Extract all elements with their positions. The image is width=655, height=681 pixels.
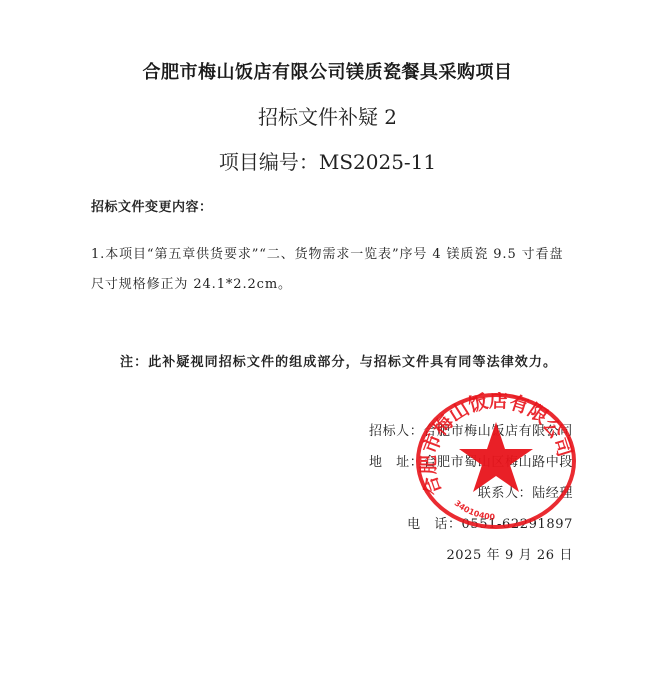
project-number: 项目编号：MS2025-11 bbox=[0, 146, 655, 175]
document-title: 招标文件补疑 2 bbox=[0, 101, 655, 130]
tenderer-line: 招标人：合肥市梅山饭店有限公司 bbox=[369, 420, 573, 439]
project-title: 合肥市梅山饭店有限公司镁质瓷餐具采购项目 bbox=[0, 58, 655, 84]
legal-note: 注：此补疑视同招标文件的组成部分，与招标文件具有同等法律效力。 bbox=[91, 348, 571, 378]
contact-line: 联系人：陆经理 bbox=[478, 482, 573, 501]
address-line: 地 址：合肥市蜀山区梅山路中段 bbox=[369, 451, 573, 470]
section-heading: 招标文件变更内容： bbox=[91, 196, 213, 215]
date-line: 2025 年 9 月 26 日 bbox=[446, 544, 573, 563]
change-item-1: 1.本项目“第五章供货要求”“二、货物需求一览表”序号 4 镁质瓷 9.5 寸看… bbox=[91, 240, 571, 300]
phone-line: 电 话：0551-62291897 bbox=[407, 513, 573, 532]
